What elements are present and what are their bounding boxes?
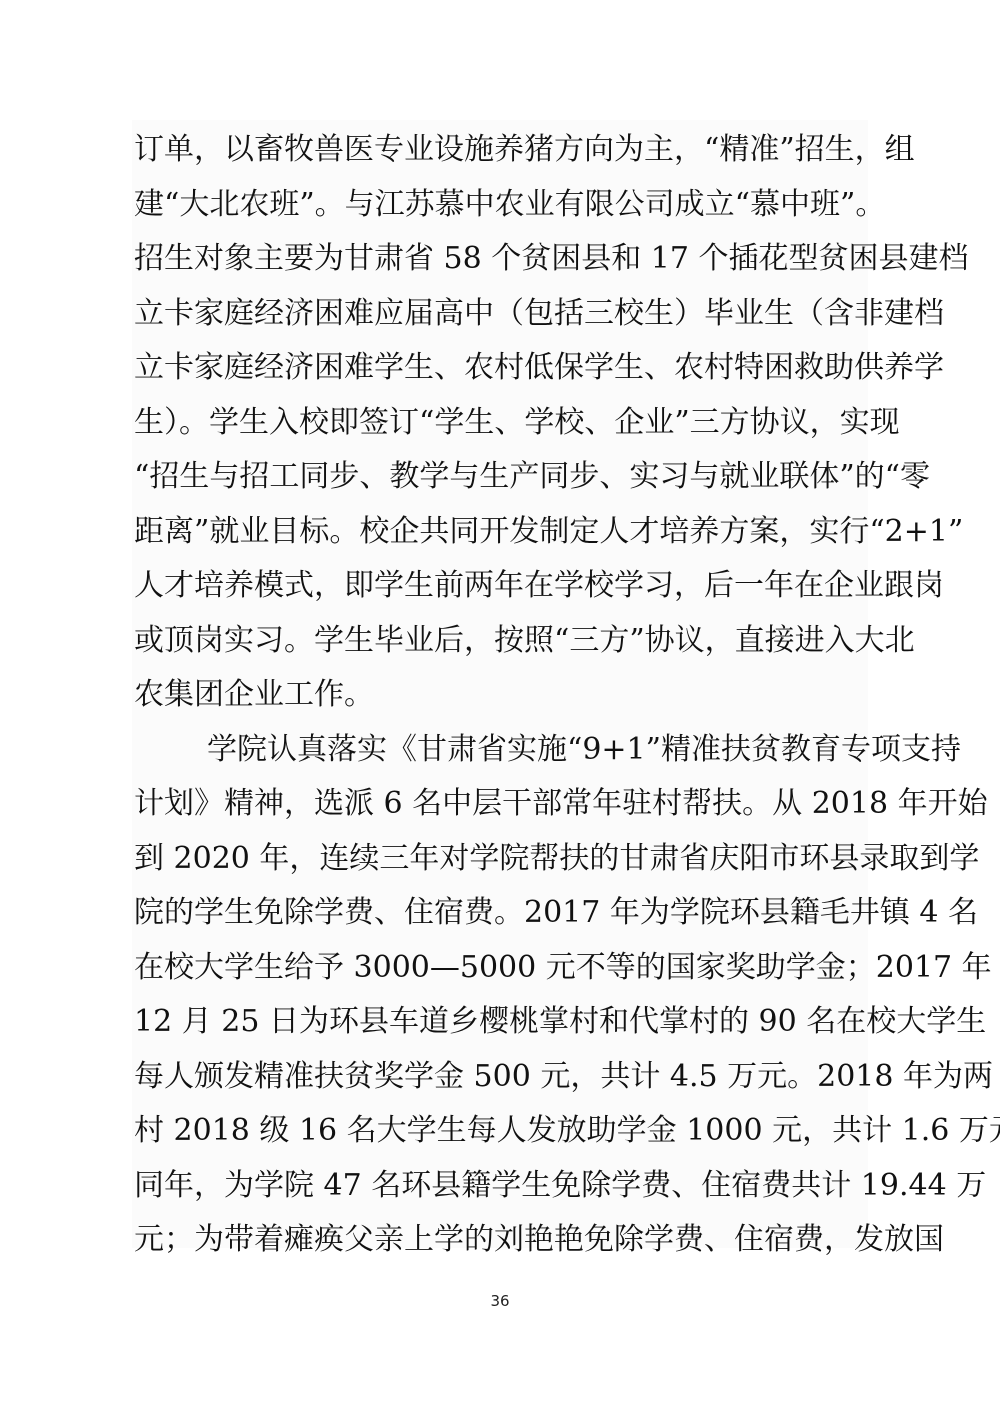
- paragraph-2-line-9: 同年，为学院 47 名环县籍学生免除学费、住宿费共计 19.44 万: [134, 1159, 866, 1213]
- paragraph-1-line-3: 招生对象主要为甘肃省 58 个贫困县和 17 个插花型贫困县建档: [134, 232, 866, 286]
- paragraph-1-line-1: 订单，以畜牧兽医专业设施养猪方向为主，“精准”招生，组: [134, 123, 866, 177]
- paragraph-1-line-6: 生）。学生入校即签订“学生、学校、企业”三方协议，实现: [134, 396, 866, 450]
- paragraph-1-line-10: 或顶岗实习。学生毕业后，按照“三方”协议，直接进入大北: [134, 614, 866, 668]
- paragraph-1-line-8: 距离”就业目标。校企共同开发制定人才培养方案，实行“2+1”: [134, 505, 866, 559]
- paragraph-2-line-2: 计划》精神，选派 6 名中层干部常年驻村帮扶。从 2018 年开始: [134, 777, 866, 831]
- paragraph-2-line-3: 到 2020 年，连续三年对学院帮扶的甘肃省庆阳市环县录取到学: [134, 832, 866, 886]
- paragraph-2-line-1: 学院认真落实《甘肃省实施“9+1”精准扶贫教育专项支持: [207, 723, 866, 777]
- paragraph-1-line-2: 建“大北农班”。与江苏慕中农业有限公司成立“慕中班”。: [134, 178, 866, 232]
- paragraph-2-line-10: 元；为带着瘫痪父亲上学的刘艳艳免除学费、住宿费，发放国: [134, 1213, 866, 1267]
- paragraph-2-line-5: 在校大学生给予 3000—5000 元不等的国家奖助学金；2017 年: [134, 941, 866, 995]
- document-page: 订单，以畜牧兽医专业设施养猪方向为主，“精准”招生，组 建“大北农班”。与江苏慕…: [0, 0, 1000, 1414]
- paragraph-1-line-4: 立卡家庭经济困难应届高中（包括三校生）毕业生（含非建档: [134, 287, 866, 341]
- paragraph-2-line-7: 每人颁发精准扶贫奖学金 500 元，共计 4.5 万元。2018 年为两: [134, 1050, 866, 1104]
- page-number: 36: [0, 1292, 1000, 1310]
- paragraph-1-line-5: 立卡家庭经济困难学生、农村低保学生、农村特困救助供养学: [134, 341, 866, 395]
- paragraph-2-line-4: 院的学生免除学费、住宿费。2017 年为学院环县籍毛井镇 4 名: [134, 886, 866, 940]
- paragraph-1-line-11: 农集团企业工作。: [134, 668, 866, 722]
- paragraph-1-line-7: “招生与招工同步、教学与生产同步、实习与就业联体”的“零: [134, 450, 866, 504]
- paragraph-2-line-8: 村 2018 级 16 名大学生每人发放助学金 1000 元，共计 1.6 万元…: [134, 1104, 866, 1158]
- paragraph-1-line-9: 人才培养模式，即学生前两年在学校学习，后一年在企业跟岗: [134, 559, 866, 613]
- paragraph-2-line-6: 12 月 25 日为环县车道乡樱桃掌村和代掌村的 90 名在校大学生: [134, 995, 866, 1049]
